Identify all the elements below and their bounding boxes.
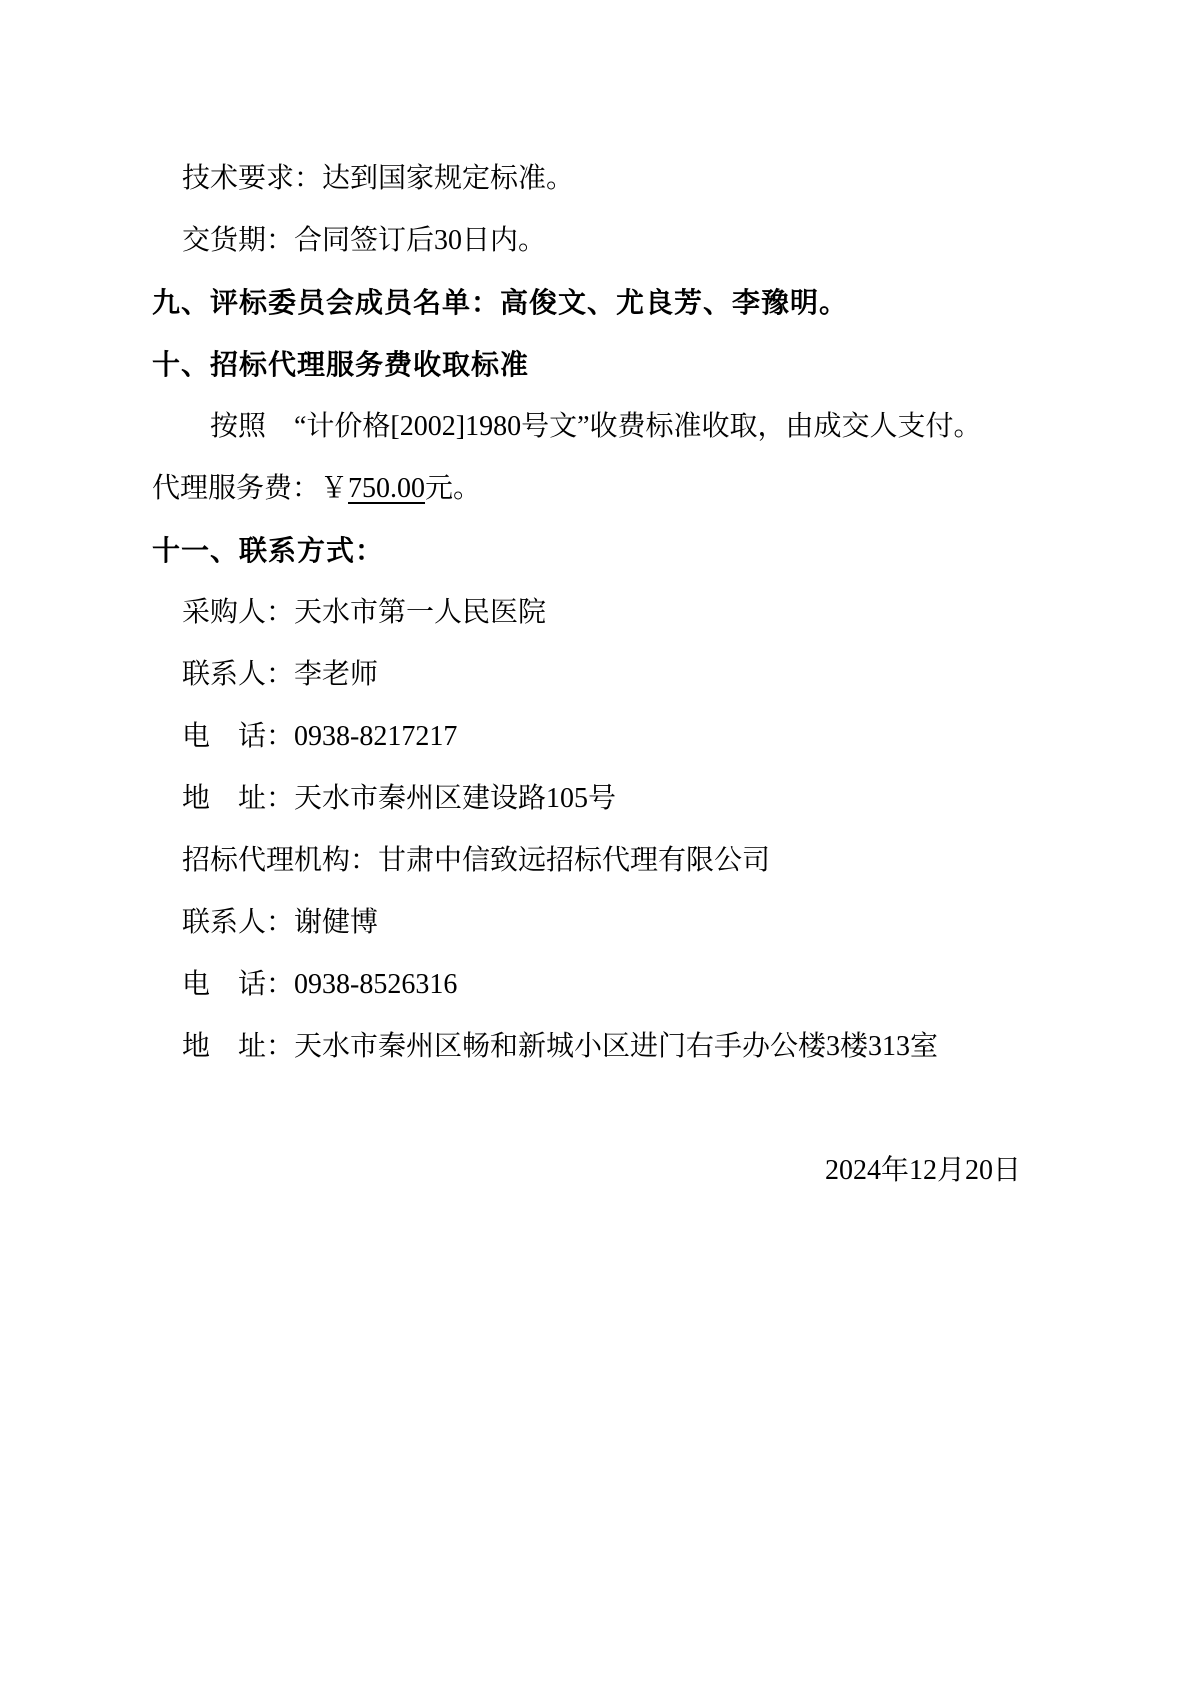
agency-fee-amount: 750.00 — [348, 473, 425, 504]
agency-fee-suffix: 元。 — [425, 473, 481, 504]
agency-fee-line: 代理服务费：￥750.00元。 — [152, 458, 1051, 520]
document-page: 技术要求：达到国家规定标准。 交货期：合同签订后30日内。 九、评标委员会成员名… — [0, 0, 1191, 1684]
section-nine-heading: 九、评标委员会成员名单：高俊文、尤良芳、李豫明。 — [152, 272, 1051, 334]
purchaser-phone-line: 电 话：0938-8217217 — [152, 706, 1051, 768]
agency-line: 招标代理机构：甘肃中信致远招标代理有限公司 — [152, 830, 1051, 892]
section-eleven-heading: 十一、联系方式： — [152, 520, 1051, 582]
delivery-period-line: 交货期：合同签订后30日内。 — [152, 210, 1051, 272]
date-line: 2024年12月20日 — [152, 1140, 1051, 1202]
purchaser-line: 采购人：天水市第一人民医院 — [152, 582, 1051, 644]
fee-basis-paragraph: 按照 “计价格[2002]1980号文”收费标准收取，由成交人支付。 — [152, 396, 1051, 458]
agency-fee-prefix: 代理服务费：￥ — [152, 473, 348, 504]
purchaser-contact-line: 联系人：李老师 — [152, 644, 1051, 706]
purchaser-address-line: 地 址：天水市秦州区建设路105号 — [152, 768, 1051, 830]
agency-phone-line: 电 话：0938-8526316 — [152, 954, 1051, 1016]
section-ten-heading: 十、招标代理服务费收取标准 — [152, 334, 1051, 396]
agency-contact-line: 联系人：谢健博 — [152, 892, 1051, 954]
agency-address-line: 地 址：天水市秦州区畅和新城小区进门右手办公楼3楼313室 — [152, 1016, 1051, 1078]
tech-requirements-line: 技术要求：达到国家规定标准。 — [152, 148, 1051, 210]
document-content: 技术要求：达到国家规定标准。 交货期：合同签订后30日内。 九、评标委员会成员名… — [152, 148, 1051, 1202]
